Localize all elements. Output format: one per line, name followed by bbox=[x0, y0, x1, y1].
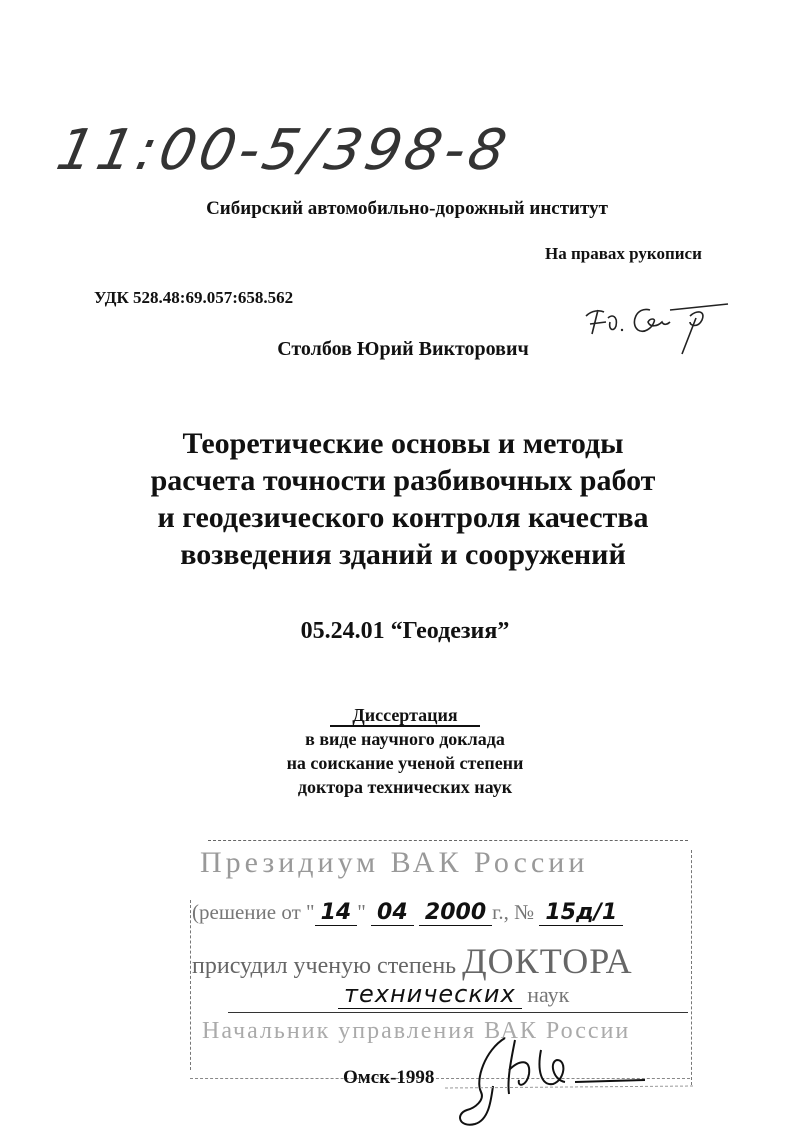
thesis-type-block: Диссертация в виде научного доклада на с… bbox=[0, 703, 798, 799]
stamp-awarded-line: присудил ученую степень ДОКТОРА bbox=[192, 940, 633, 982]
rights-note: На правах рукописи bbox=[545, 244, 702, 264]
stamp-separator bbox=[228, 1012, 688, 1013]
title-line: расчета точности разбивочных работ bbox=[4, 462, 798, 499]
thesis-heading: Диссертация bbox=[330, 705, 479, 727]
archive-code-handwritten: 11:00-5/398-8 bbox=[51, 118, 516, 183]
institute-name: Сибирский автомобильно-дорожный институт bbox=[0, 198, 798, 220]
author-signature-icon bbox=[578, 288, 738, 358]
stamp-decision-line: (решение от "14" 04 2000г., № 15д/1 bbox=[192, 900, 623, 925]
chief-signature-icon bbox=[445, 1030, 695, 1130]
decision-number: 15д/1 bbox=[539, 900, 623, 926]
thesis-line: на соискание ученой степени bbox=[6, 751, 798, 775]
science-suffix: наук bbox=[527, 982, 569, 1007]
stamp-science-line: технических наук bbox=[338, 980, 569, 1008]
decision-month: 04 bbox=[371, 900, 414, 926]
stamp-border-top bbox=[208, 840, 688, 841]
stamp-border-left bbox=[190, 900, 191, 1070]
specialty-code: 05.24.01 “Геодезия” bbox=[0, 618, 798, 645]
decision-prefix: (решение от " bbox=[192, 900, 315, 924]
title-line: возведения зданий и сооружений bbox=[4, 536, 798, 573]
decision-year: 2000 bbox=[419, 900, 492, 926]
decision-day: 14 bbox=[315, 900, 358, 926]
thesis-line: в виде научного доклада bbox=[6, 727, 798, 751]
udk-code: УДК 528.48:69.057:658.562 bbox=[94, 288, 293, 308]
decision-quote: " bbox=[357, 900, 366, 924]
stamp-title: Президиум ВАК России bbox=[200, 846, 588, 880]
thesis-line: доктора технических наук bbox=[6, 775, 798, 799]
thesis-title: Теоретические основы и методы расчета то… bbox=[0, 425, 798, 573]
city-year: Омск-1998 bbox=[343, 1067, 434, 1089]
awarded-degree: ДОКТОРА bbox=[462, 941, 633, 981]
title-line: и геодезического контроля качества bbox=[4, 499, 798, 536]
awarded-prefix: присудил ученую степень bbox=[192, 953, 456, 979]
title-line: Теоретические основы и методы bbox=[4, 425, 798, 462]
decision-year-suffix: г., № bbox=[492, 900, 534, 924]
science-field: технических bbox=[338, 980, 522, 1009]
